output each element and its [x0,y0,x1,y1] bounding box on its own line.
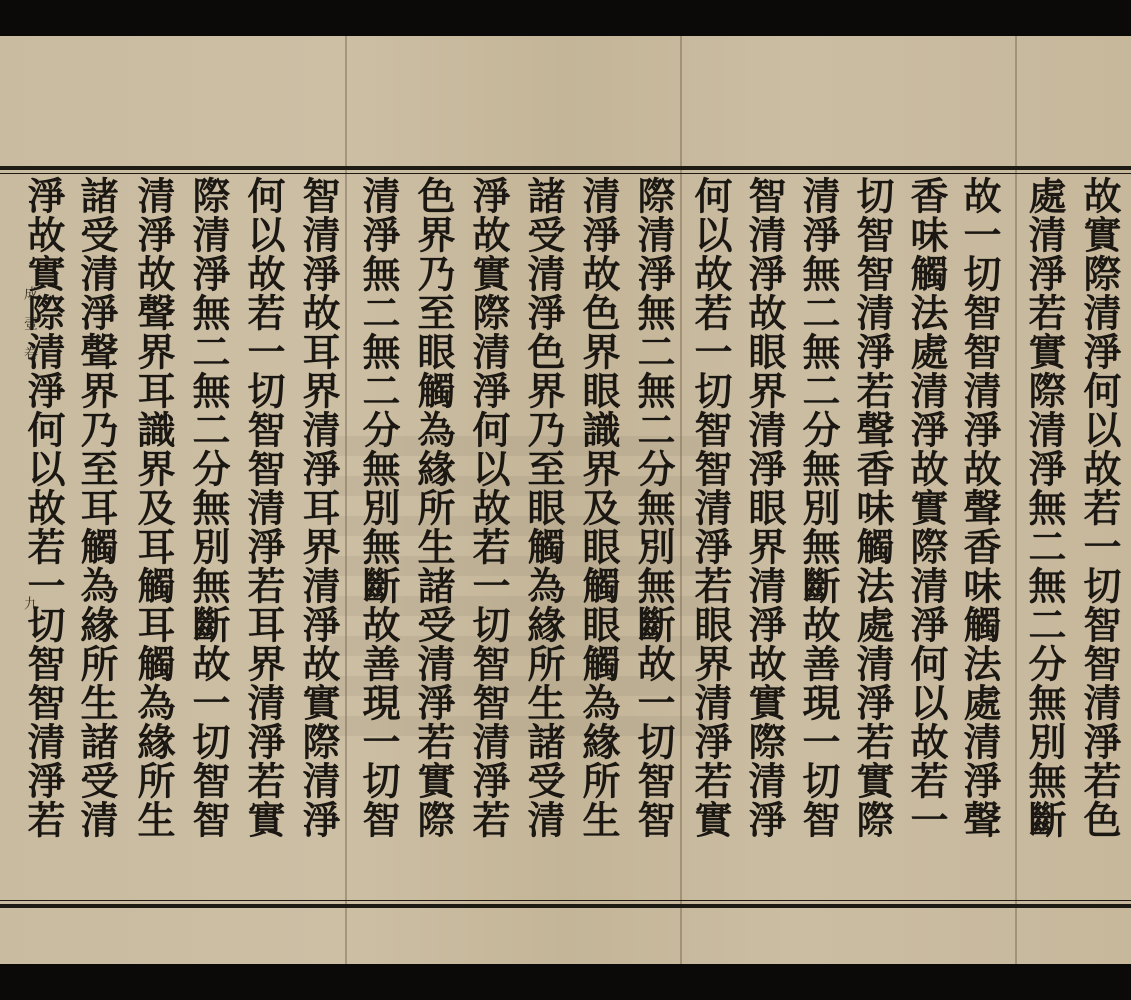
text-column-17: 際清淨無二無二分無別無斷故一切智智 [179,176,237,900]
text-column-16: 何以故若一切智智清淨若耳界清淨若實 [234,176,292,900]
text-column-18: 清淨故聲界耳識界及耳觸耳觸為緣所生 [124,176,182,900]
text-column-2: 處清淨若實際清淨無二無二分無別無斷 [1015,176,1073,900]
text-column-14: 清淨無二無二分無別無斷故善現一切智 [349,176,407,900]
text-column-12: 淨故實際清淨何以故若一切智智清淨若 [459,176,517,900]
top-border-rule-thin [0,173,1131,174]
text-column-7: 智清淨故眼界清淨眼界清淨故實際清淨 [735,176,793,900]
text-column-15: 智清淨故耳界清淨耳界清淨故實際清淨 [289,176,347,900]
bottom-border-rule [0,904,1131,908]
text-column-6: 清淨無二無二分無別無斷故善現一切智 [789,176,847,900]
text-column-11: 諸受清淨色界乃至眼觸為緣所生諸受清 [514,176,572,900]
text-column-4: 香味觸法處清淨故實際清淨何以故若一 [897,176,955,900]
text-column-13: 色界乃至眼觸為緣所生諸受清淨若實際 [404,176,462,900]
text-column-9: 際清淨無二無二分無別無斷故一切智智 [624,176,682,900]
text-column-3: 故一切智智清淨故聲香味觸法處清淨聲 [950,176,1008,900]
text-column-20: 淨故實際清淨何以故若一切智智清淨若 [14,176,72,900]
sutra-page: 成 壹 卷 九 故實際清淨何以故若一切智智清淨若色 處清淨若實際清淨無二無二分無… [0,36,1131,964]
text-column-8: 何以故若一切智智清淨若眼界清淨若實 [681,176,739,900]
text-column-19: 諸受清淨聲界乃至耳觸為緣所生諸受清 [67,176,125,900]
text-column-1: 故實際清淨何以故若一切智智清淨若色 [1070,176,1128,900]
text-column-5: 切智智清淨若聲香味觸法處清淨若實際 [843,176,901,900]
top-border-rule [0,166,1131,170]
text-column-10: 清淨故色界眼識界及眼觸眼觸為緣所生 [569,176,627,900]
bottom-border-rule-thin [0,900,1131,901]
